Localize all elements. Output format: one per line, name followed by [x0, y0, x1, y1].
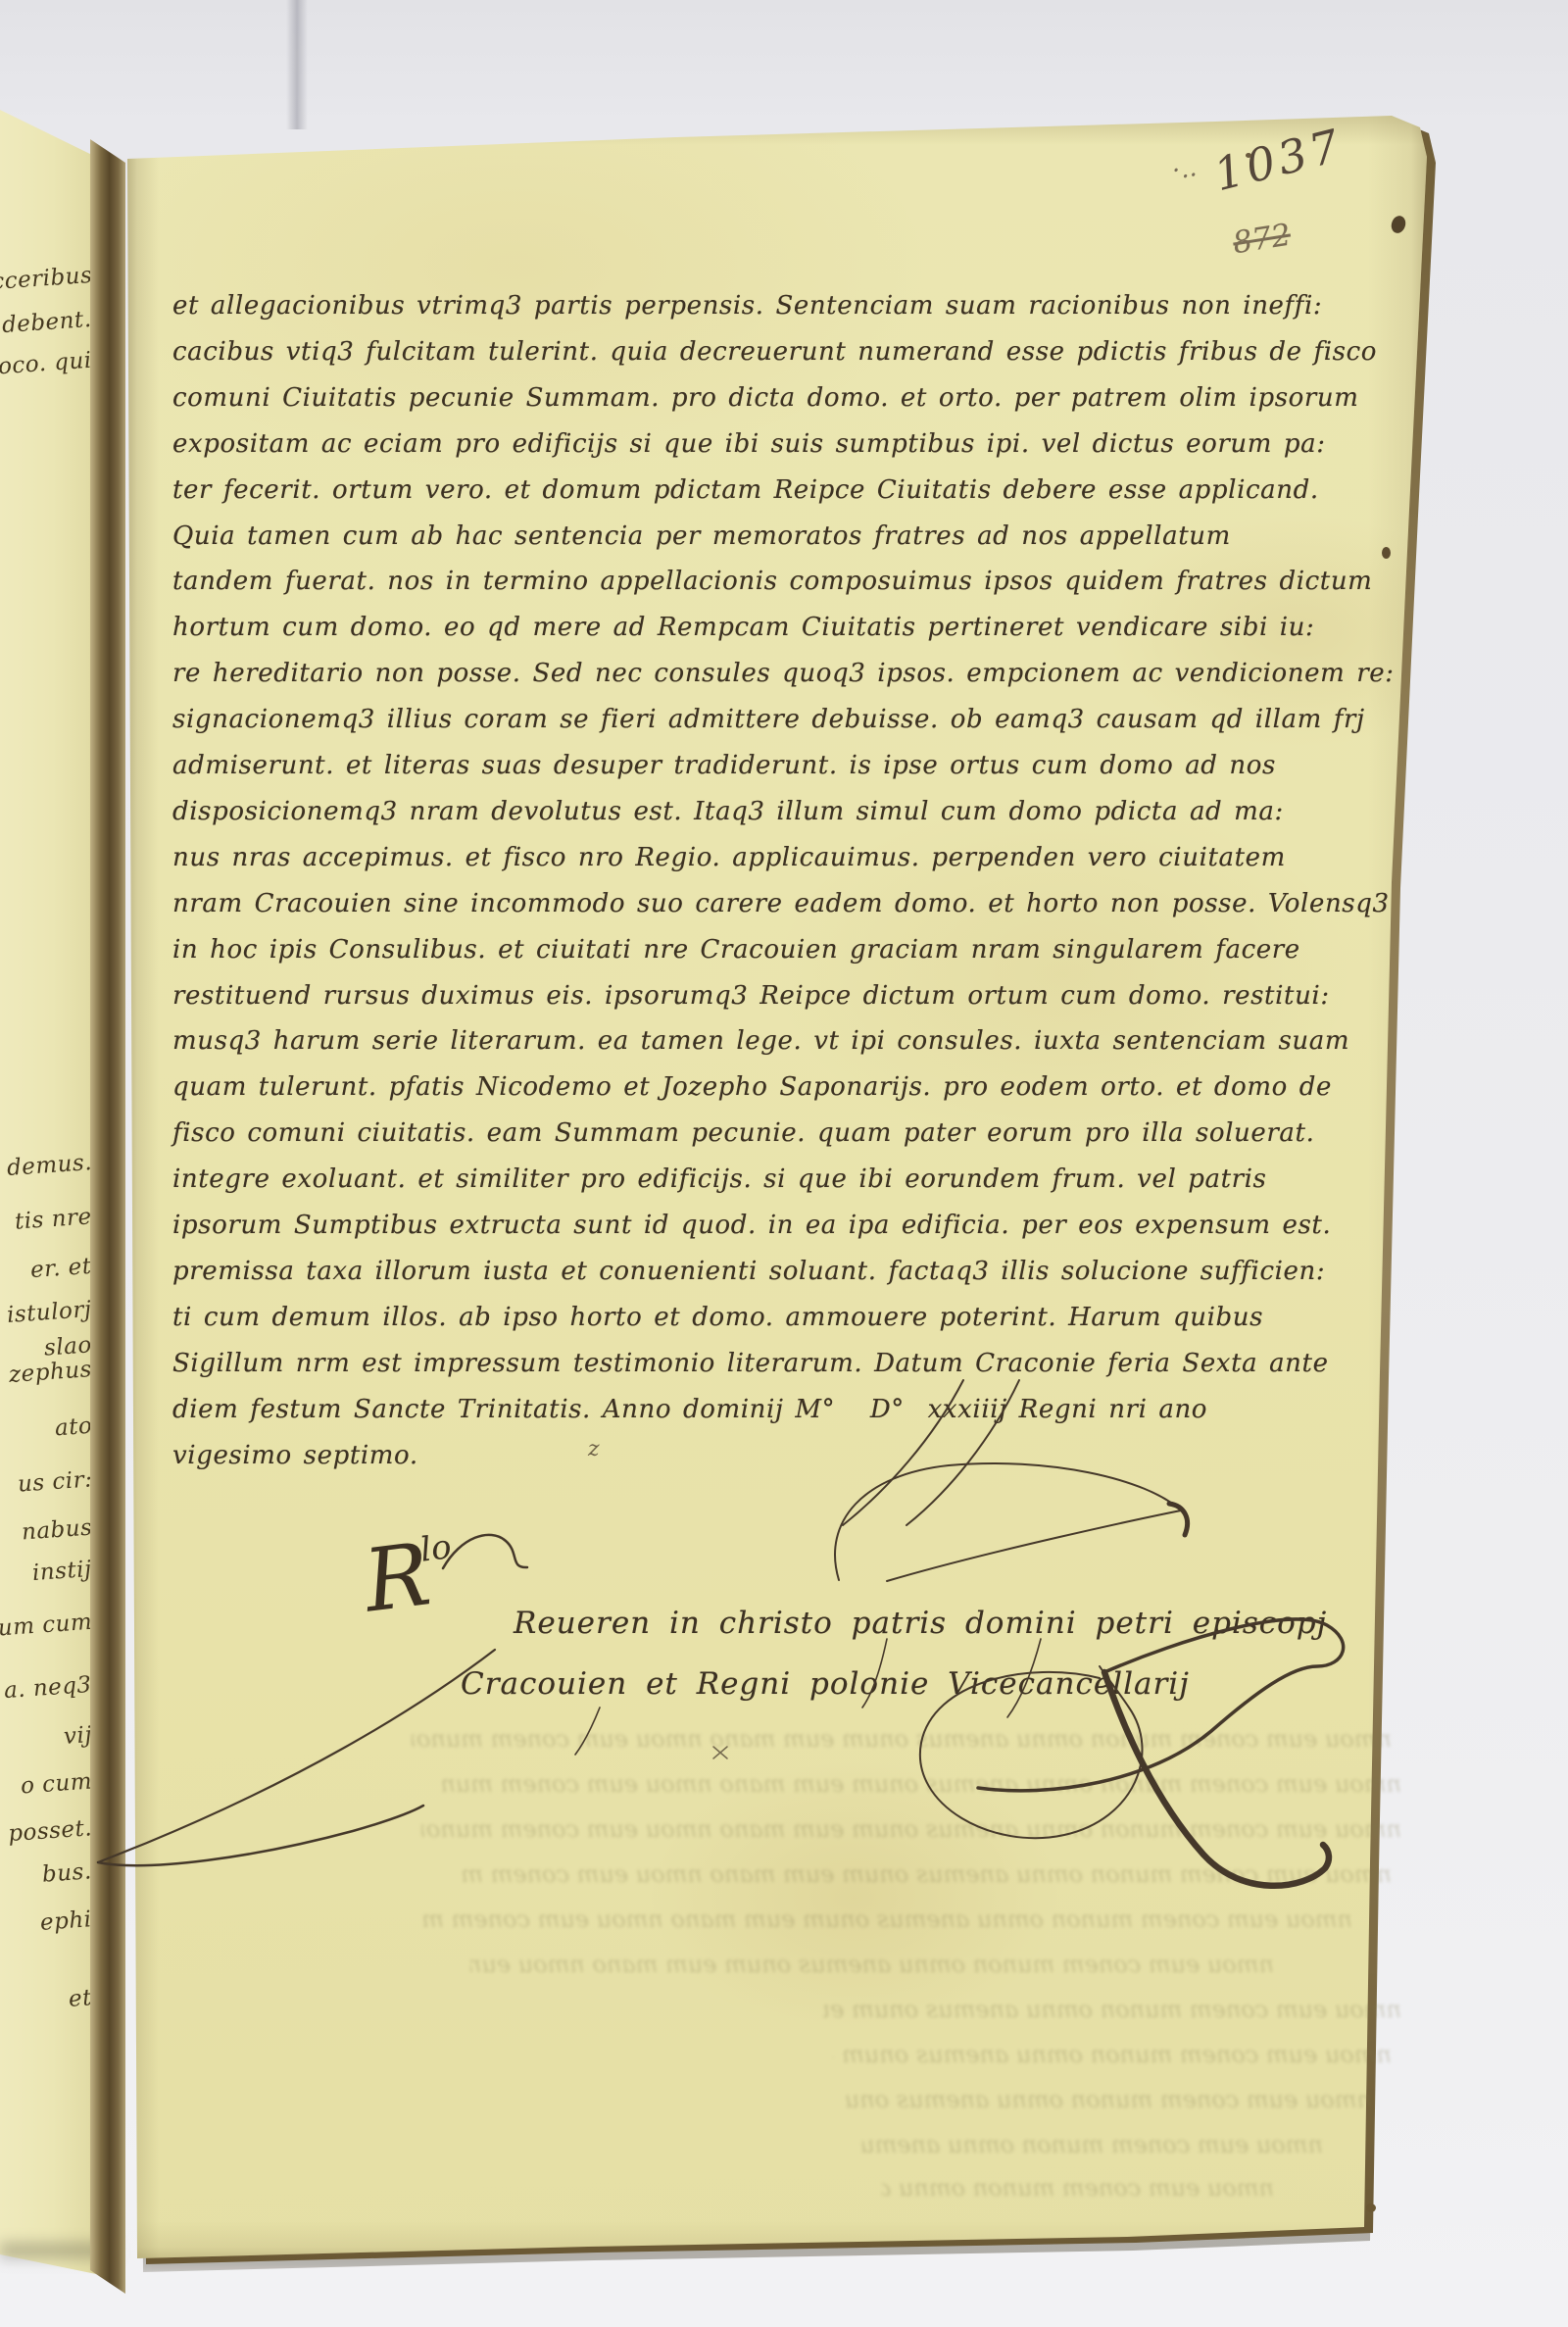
- binding-gutter: [90, 110, 125, 2298]
- backdrop-crease: [286, 0, 308, 129]
- margin-fragment: er. et: [30, 1254, 93, 1283]
- margin-fragment: vij: [63, 1722, 93, 1750]
- ink-speck: [1246, 153, 1251, 158]
- manuscript-scan: ucceribusdebent.oco. quidemus.tis nreer.…: [0, 0, 1568, 2327]
- margin-fragment: nabus: [21, 1515, 93, 1546]
- margin-fragment: oco. qui: [0, 348, 93, 380]
- margin-fragment: orum cum: [0, 1609, 93, 1643]
- margin-fragment: tis nre: [15, 1204, 93, 1234]
- margin-fragment: ephi: [40, 1906, 93, 1936]
- margin-fragment: debent.: [2, 307, 93, 338]
- margin-fragment: j. posset.: [0, 1815, 93, 1849]
- margin-fragment: instij: [31, 1557, 92, 1586]
- margin-fragment: ucceribus: [0, 263, 93, 296]
- folio-number-ticks: ·..: [1170, 153, 1200, 186]
- ink-speck: [1382, 547, 1391, 559]
- closing-line-2: Cracouien et Regni polonie Vicecancellar…: [461, 1666, 1190, 1702]
- margin-fragment: us cir:: [17, 1466, 93, 1497]
- previous-leaf-edge: ucceribusdebent.oco. quidemus.tis nreer.…: [0, 82, 96, 2276]
- margin-fragment: istulorj: [7, 1297, 93, 1328]
- margin-fragment: o cum: [20, 1768, 93, 1799]
- margin-fragment: ato: [54, 1413, 93, 1442]
- margin-fragment: zephus: [8, 1357, 92, 1388]
- relacio-monogram: Rlo: [359, 1519, 465, 1631]
- margin-fragment: bus.: [41, 1858, 92, 1887]
- margin-fragment: a. neq3: [4, 1672, 93, 1704]
- manuscript-leaf: [123, 116, 1429, 2262]
- closing-line-1: Reueren in christo patris domini petri e…: [514, 1606, 1327, 1641]
- relacio-monogram-superscript: lo: [418, 1527, 454, 1570]
- margin-fragment: et: [68, 1985, 93, 2012]
- margin-fragment: demus.: [6, 1150, 93, 1181]
- stray-pen-mark: z: [588, 1437, 600, 1461]
- ink-speck: [1366, 2203, 1376, 2212]
